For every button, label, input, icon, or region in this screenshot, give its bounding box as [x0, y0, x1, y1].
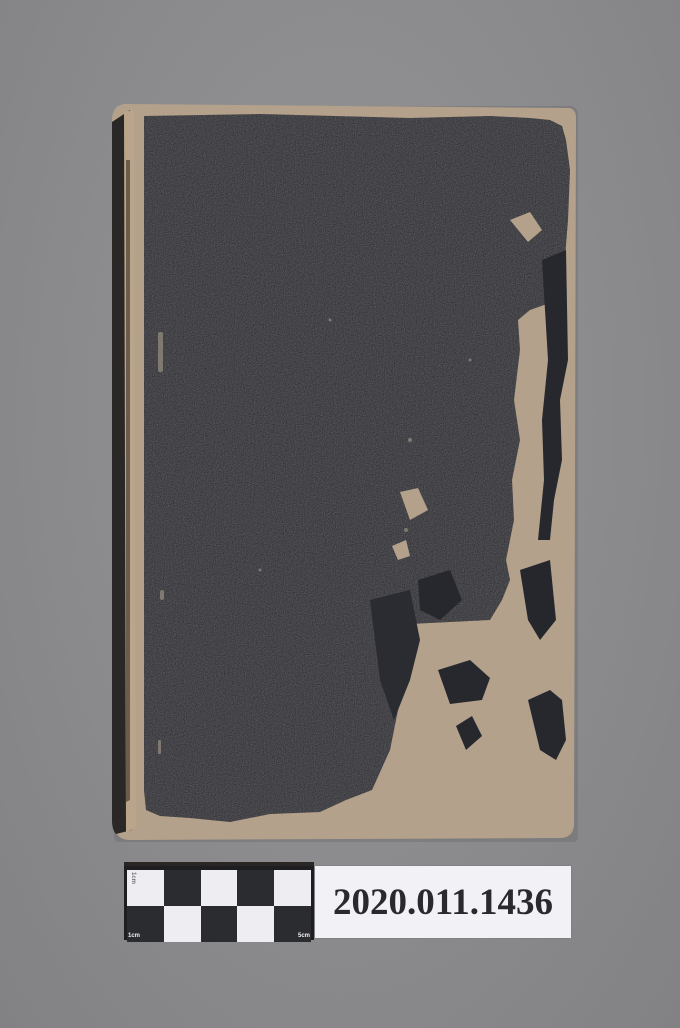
- scale-checker: [127, 870, 311, 942]
- scale-label-top: 1cm: [69, 872, 136, 884]
- scale-label-left: 1cm: [128, 933, 140, 939]
- book-illustration: [110, 100, 578, 842]
- scale-bar: 1cm 1cm 5cm: [124, 862, 314, 940]
- book-cover: [110, 100, 578, 842]
- accession-number: 2020.011.1436: [333, 881, 553, 924]
- accession-label: 2020.011.1436: [315, 866, 571, 938]
- scale-label-right: 5cm: [298, 933, 310, 939]
- artifact-photo: 1cm 1cm 5cm 2020.011.1436: [0, 0, 680, 1028]
